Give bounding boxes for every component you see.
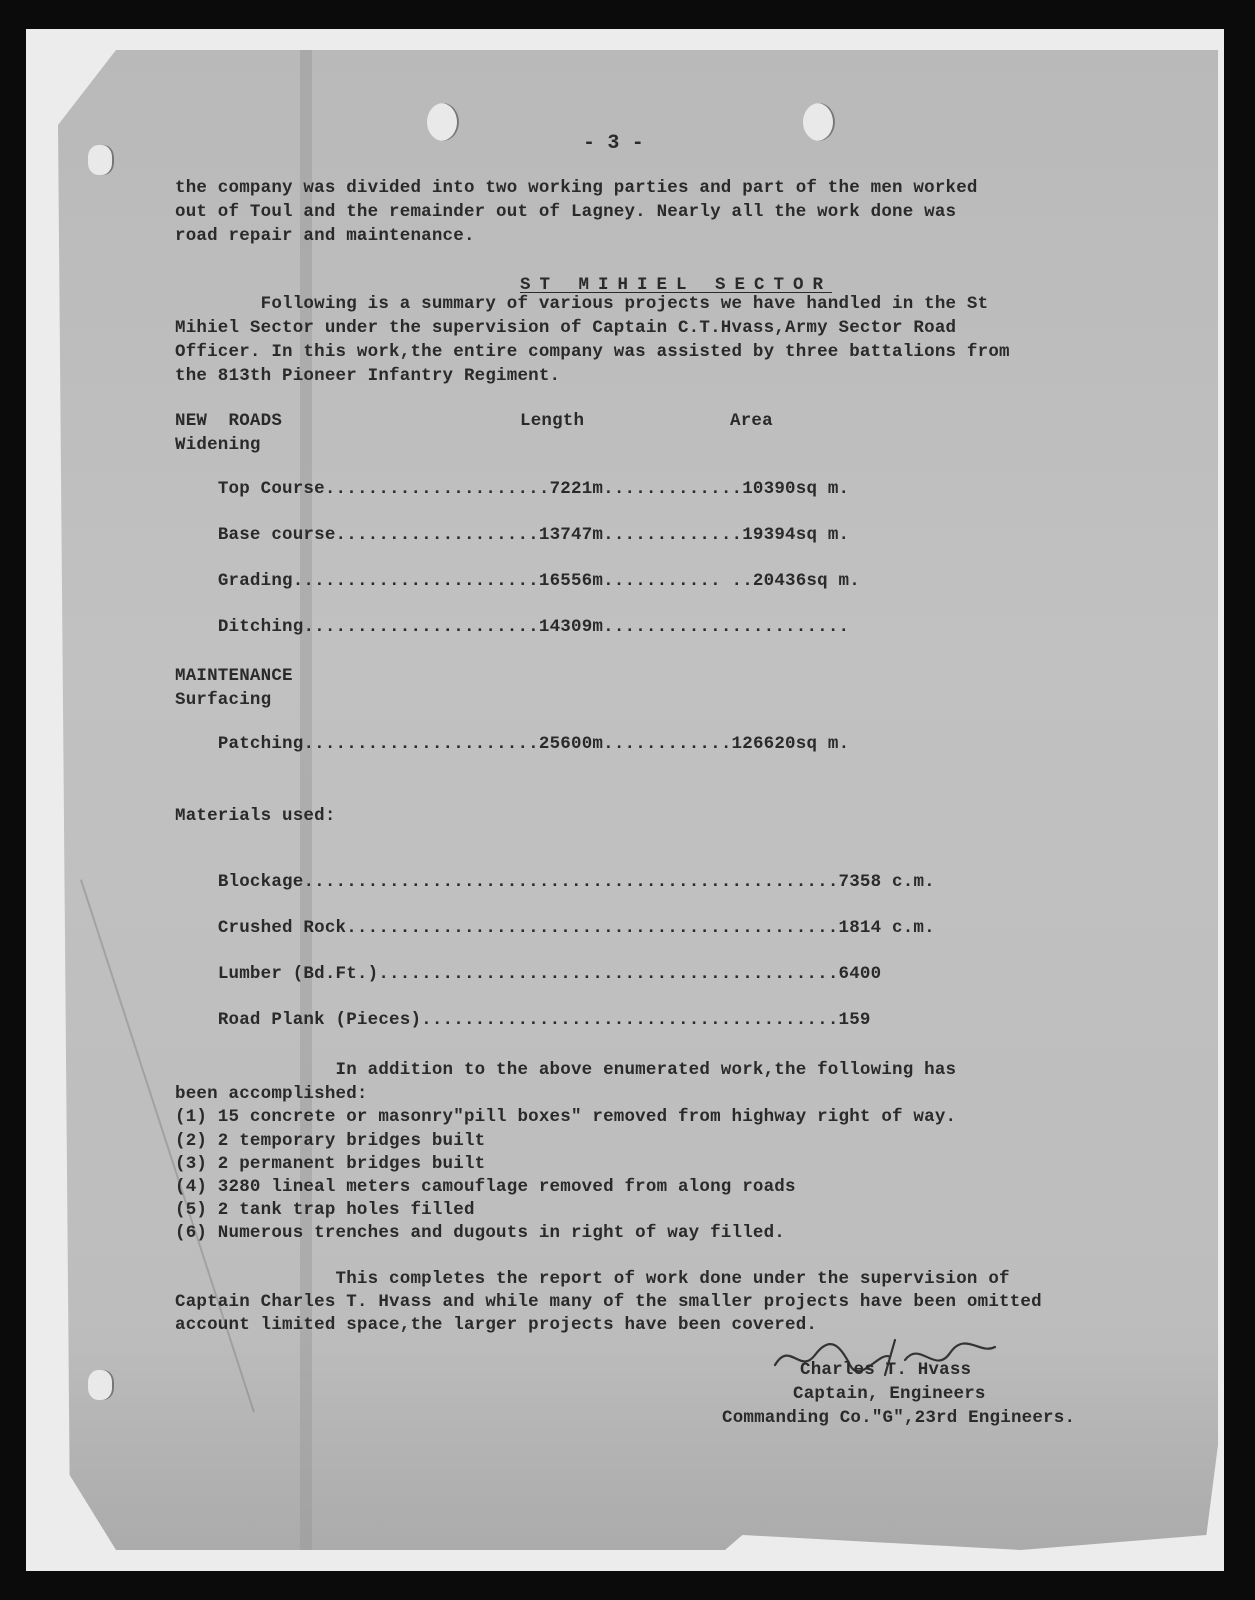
surfacing-subheading: Surfacing — [175, 690, 271, 710]
closing-line: This completes the report of work done u… — [175, 1269, 1010, 1289]
row-length: 14309m. — [539, 617, 614, 637]
summary-line: Following is a summary of various projec… — [175, 294, 988, 314]
leader-dots: ................... — [336, 525, 539, 545]
material-value: 7358 c.m. — [839, 872, 935, 892]
leader-dots: ....................... — [293, 571, 539, 591]
leader-dots: .......... .. — [614, 571, 753, 591]
table-row: Ditching......................14309m....… — [175, 597, 849, 657]
material-label: Road Plank (Pieces) — [218, 1010, 421, 1030]
accomplishment-item: (4) 3280 lineal meters camouflage remove… — [175, 1177, 796, 1197]
signer-command: Commanding Co."G",23rd Engineers. — [722, 1408, 1075, 1428]
accomplishment-item: (5) 2 tank trap holes filled — [175, 1200, 475, 1220]
additional-intro-line: been accomplished: — [175, 1084, 368, 1104]
signer-name: Charles T. Hvass — [800, 1360, 971, 1380]
widening-subheading: Widening — [175, 435, 261, 455]
row-label: Patching — [218, 734, 304, 754]
signer-rank: Captain, Engineers — [793, 1384, 986, 1404]
length-column-header: Length — [520, 411, 584, 431]
leader-dots: ............ — [614, 479, 742, 499]
leader-dots: ...................... — [303, 734, 538, 754]
accomplishment-item: (3) 2 permanent bridges built — [175, 1154, 485, 1174]
material-label: Blockage — [218, 872, 304, 892]
new-roads-heading: NEW ROADS — [175, 411, 282, 431]
accomplishment-item: (2) 2 temporary bridges built — [175, 1131, 485, 1151]
accomplishment-item: (6) Numerous trenches and dugouts in rig… — [175, 1223, 785, 1243]
leader-dots: ........................................… — [378, 964, 838, 984]
summary-line: Officer. In this work,the entire company… — [175, 342, 1010, 362]
area-column-header: Area — [730, 411, 773, 431]
table-row: Patching......................25600m....… — [175, 714, 849, 774]
row-label: Ditching — [218, 617, 304, 637]
leader-dots: ...................... — [303, 617, 538, 637]
page-number: - 3 - — [583, 132, 644, 155]
maintenance-heading: MAINTENANCE — [175, 666, 293, 686]
row-label: Base course — [218, 525, 336, 545]
leader-dots: ........... — [614, 734, 732, 754]
row-label: Top Course — [218, 479, 325, 499]
closing-line: account limited space,the larger project… — [175, 1315, 817, 1335]
leader-dots: ........................................… — [346, 918, 838, 938]
leader-dots: ............ — [614, 525, 742, 545]
section-title: ST MIHIEL SECTOR — [520, 275, 832, 295]
summary-line: the 813th Pioneer Infantry Regiment. — [175, 366, 560, 386]
row-length: 13747m. — [539, 525, 614, 545]
material-row: Road Plank (Pieces).....................… — [175, 990, 871, 1050]
row-label: Grading — [218, 571, 293, 591]
accomplishment-item: (1) 15 concrete or masonry"pill boxes" r… — [175, 1107, 956, 1127]
leader-dots: ..................... — [325, 479, 550, 499]
material-label: Crushed Rock — [218, 918, 346, 938]
row-length: 7221m. — [550, 479, 614, 499]
row-area: 19394sq m. — [742, 525, 849, 545]
leader-dots: ...................... — [614, 617, 849, 637]
additional-intro-line: In addition to the above enumerated work… — [175, 1060, 956, 1080]
intro-line: road repair and maintenance. — [175, 226, 475, 246]
leader-dots: ....................................... — [421, 1010, 838, 1030]
intro-line: the company was divided into two working… — [175, 178, 978, 198]
row-area: 126620sq m. — [732, 734, 850, 754]
typed-document: - 3 - the company was divided into two w… — [0, 0, 1255, 1600]
row-length: 16556m. — [539, 571, 614, 591]
material-value: 1814 c.m. — [839, 918, 935, 938]
row-length: 25600m. — [539, 734, 614, 754]
row-area: 20436sq m. — [753, 571, 860, 591]
summary-line: Mihiel Sector under the supervision of C… — [175, 318, 956, 338]
material-label: Lumber (Bd.Ft.) — [218, 964, 379, 984]
intro-line: out of Toul and the remainder out of Lag… — [175, 202, 956, 222]
material-value: 159 — [839, 1010, 871, 1030]
row-area: 10390sq m. — [742, 479, 849, 499]
closing-line: Captain Charles T. Hvass and while many … — [175, 1292, 1042, 1312]
leader-dots: ........................................… — [303, 872, 838, 892]
material-value: 6400 — [839, 964, 882, 984]
materials-heading: Materials used: — [175, 806, 336, 826]
